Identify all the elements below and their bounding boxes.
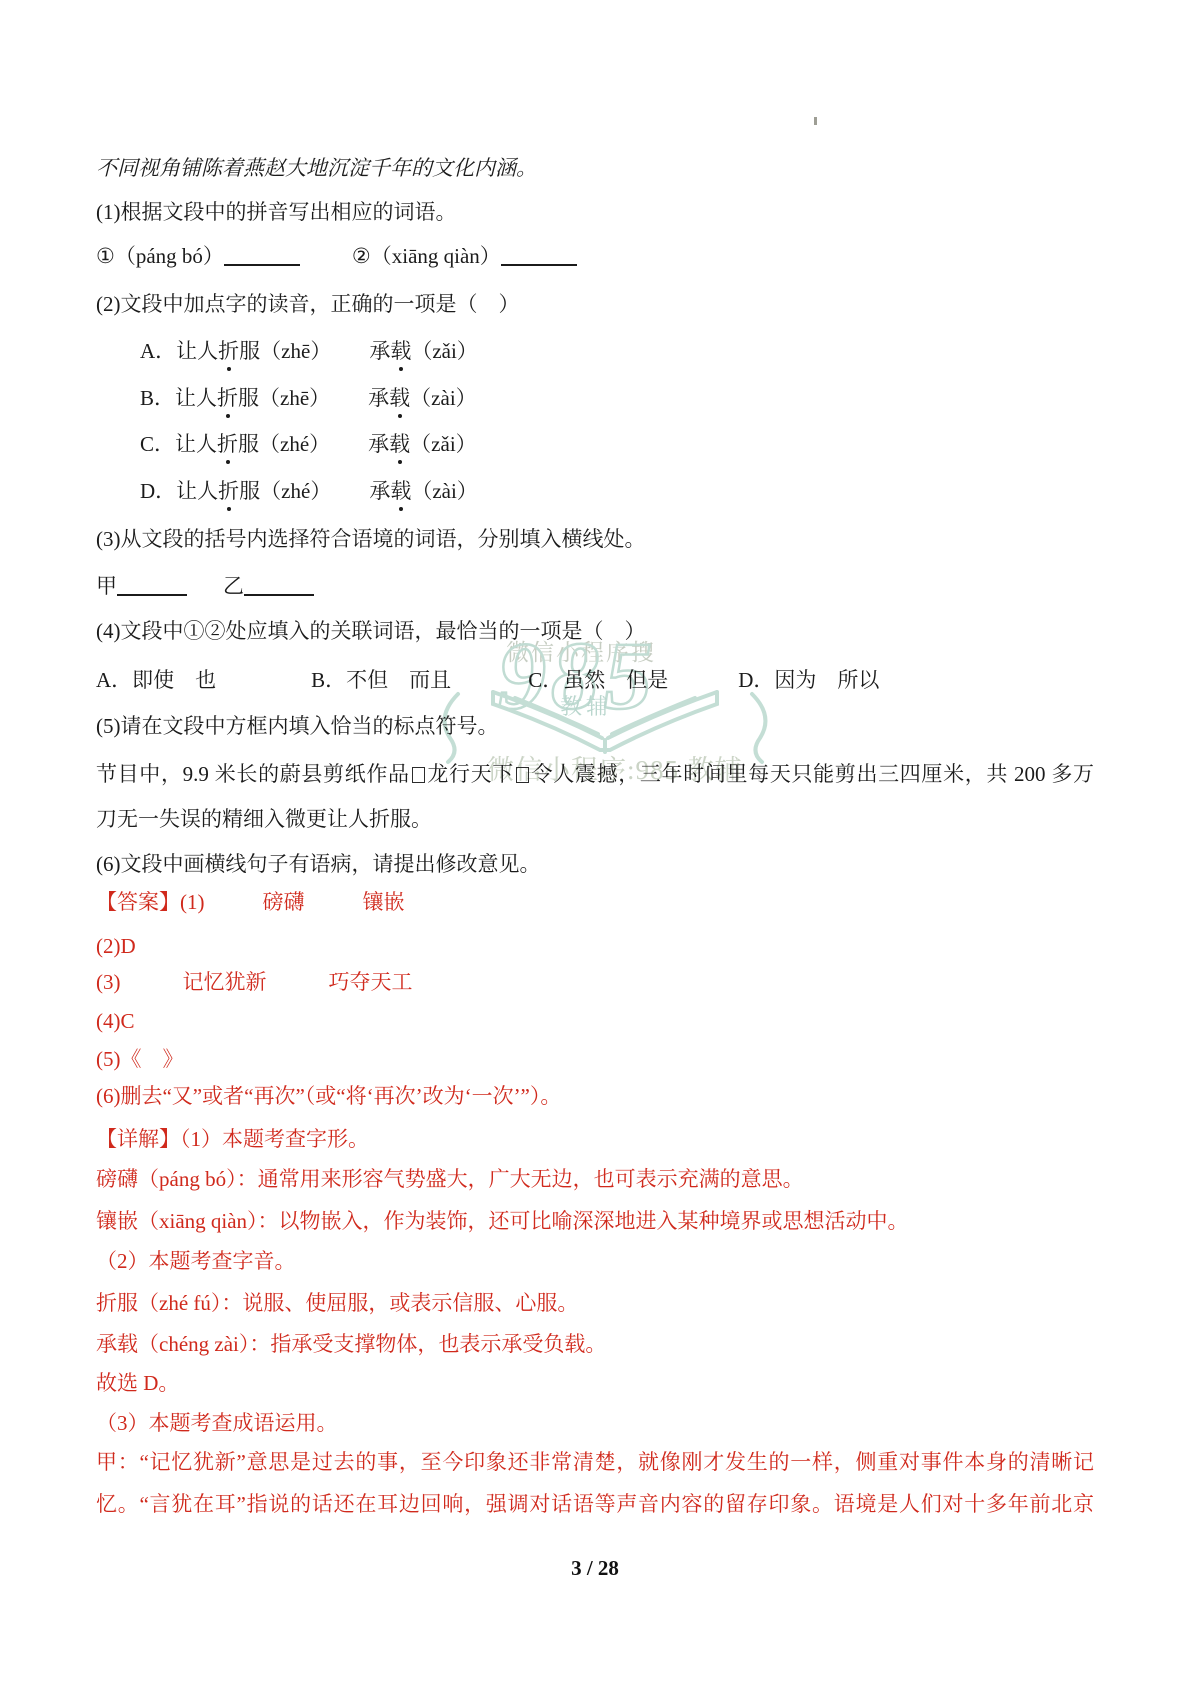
text-line: （2）本题考查字音。: [96, 1248, 1094, 1275]
text-line: D．让人折服（zhé）承载（zài）: [96, 478, 1138, 505]
text-line: (5)请在文段中方框内填入恰当的标点符号。: [96, 713, 1094, 740]
text-line: ①（páng bó）②（xiāng qiàn）: [96, 243, 1094, 270]
text-line: 【答案】(1)磅礴镶嵌: [96, 889, 1094, 916]
emphasis-dot-char: 载: [389, 385, 410, 412]
text-line: （3）本题考查成语运用。: [96, 1410, 1094, 1437]
text-line: 忆。“言犹在耳”指说的话还在耳边回响，强调对话语等声音内容的留存印象。语境是人们…: [96, 1491, 1094, 1518]
text-line: (2)文段中加点字的读音，正确的一项是（ ）: [96, 291, 1094, 318]
text-line: 磅礴（páng bó）：通常用来形容气势盛大，广大无边，也可表示充满的意思。: [96, 1166, 1094, 1193]
punctuation-box: [516, 767, 529, 783]
text-line: (3)从文段的括号内选择符合语境的词语，分别填入横线处。: [96, 526, 1094, 553]
text-line: 甲乙: [96, 573, 1094, 600]
emphasis-dot-char: 载: [390, 478, 411, 505]
emphasis-dot-char: 折: [217, 431, 238, 458]
text-line: (6)文段中画横线句子有语病，请提出修改意见。: [96, 851, 1094, 878]
text-line: A．即使 也B．不但 而且C．虽然 但是D．因为 所以: [96, 667, 1094, 694]
emphasis-dot-char: 折: [217, 385, 238, 412]
text-line: 承载（chéng zài）：指承受支撑物体，也表示承受负载。: [96, 1331, 1094, 1358]
text-line: (2)D: [96, 933, 1094, 960]
text-line: (1)根据文段中的拼音写出相应的词语。: [96, 199, 1094, 226]
text-line: (3)记忆犹新巧夺天工: [96, 969, 1094, 996]
emphasis-dot-char: 折: [218, 478, 239, 505]
text-line: 刀无一失误的精细入微更让人折服。: [96, 806, 1094, 833]
text-line: 折服（zhé fú）：说服、使屈服，或表示信服、心服。: [96, 1290, 1094, 1317]
text-line: C．让人折服（zhé）承载（zǎi）: [96, 431, 1138, 458]
text-line: (4)文段中①②处应填入的关联词语，最恰当的一项是（ ）: [96, 618, 1094, 645]
text-line: 甲：“记忆犹新”意思是过去的事，至今印象还非常清楚，就像刚才发生的一样，侧重对事…: [96, 1449, 1094, 1476]
text-line: 节目中，9.9 米长的蔚县剪纸作品龙行天下令人震撼，三年时间里每天只能剪出三四厘…: [96, 761, 1094, 788]
page-number: 3 / 28: [0, 1556, 1190, 1581]
punctuation-box: [412, 767, 425, 783]
answer-blank-line: [117, 593, 187, 596]
text-line: 【详解】（1）本题考查字形。: [96, 1126, 1094, 1153]
text-line: 故选 D。: [96, 1370, 1094, 1397]
text-line: B．让人折服（zhē）承载（zài）: [96, 385, 1138, 412]
text-line: (6)删去“又”或者“再次”（或“将‘再次’改为‘一次’”）。: [96, 1083, 1094, 1110]
text-line: 不同视角铺陈着燕赵大地沉淀千年的文化内涵。: [96, 155, 1094, 182]
document-page: 微信小程序搜 985 教辅 微信小程序:985 教辅 不同视角铺陈着燕赵大地沉淀…: [0, 0, 1190, 1683]
emphasis-dot-char: 载: [389, 431, 410, 458]
answer-blank-line: [224, 263, 300, 266]
scan-artifact: [814, 117, 817, 125]
text-line: A．让人折服（zhē）承载（zǎi）: [96, 338, 1138, 365]
text-line: 镶嵌（xiāng qiàn）：以物嵌入，作为装饰，还可比喻深深地进入某种境界或思…: [96, 1208, 1094, 1235]
emphasis-dot-char: 载: [390, 338, 411, 365]
emphasis-dot-char: 折: [218, 338, 239, 365]
text-line: (5)《 》: [96, 1046, 1094, 1073]
answer-blank-line: [244, 593, 314, 596]
text-line: (4)C: [96, 1008, 1094, 1035]
answer-blank-line: [501, 263, 577, 266]
